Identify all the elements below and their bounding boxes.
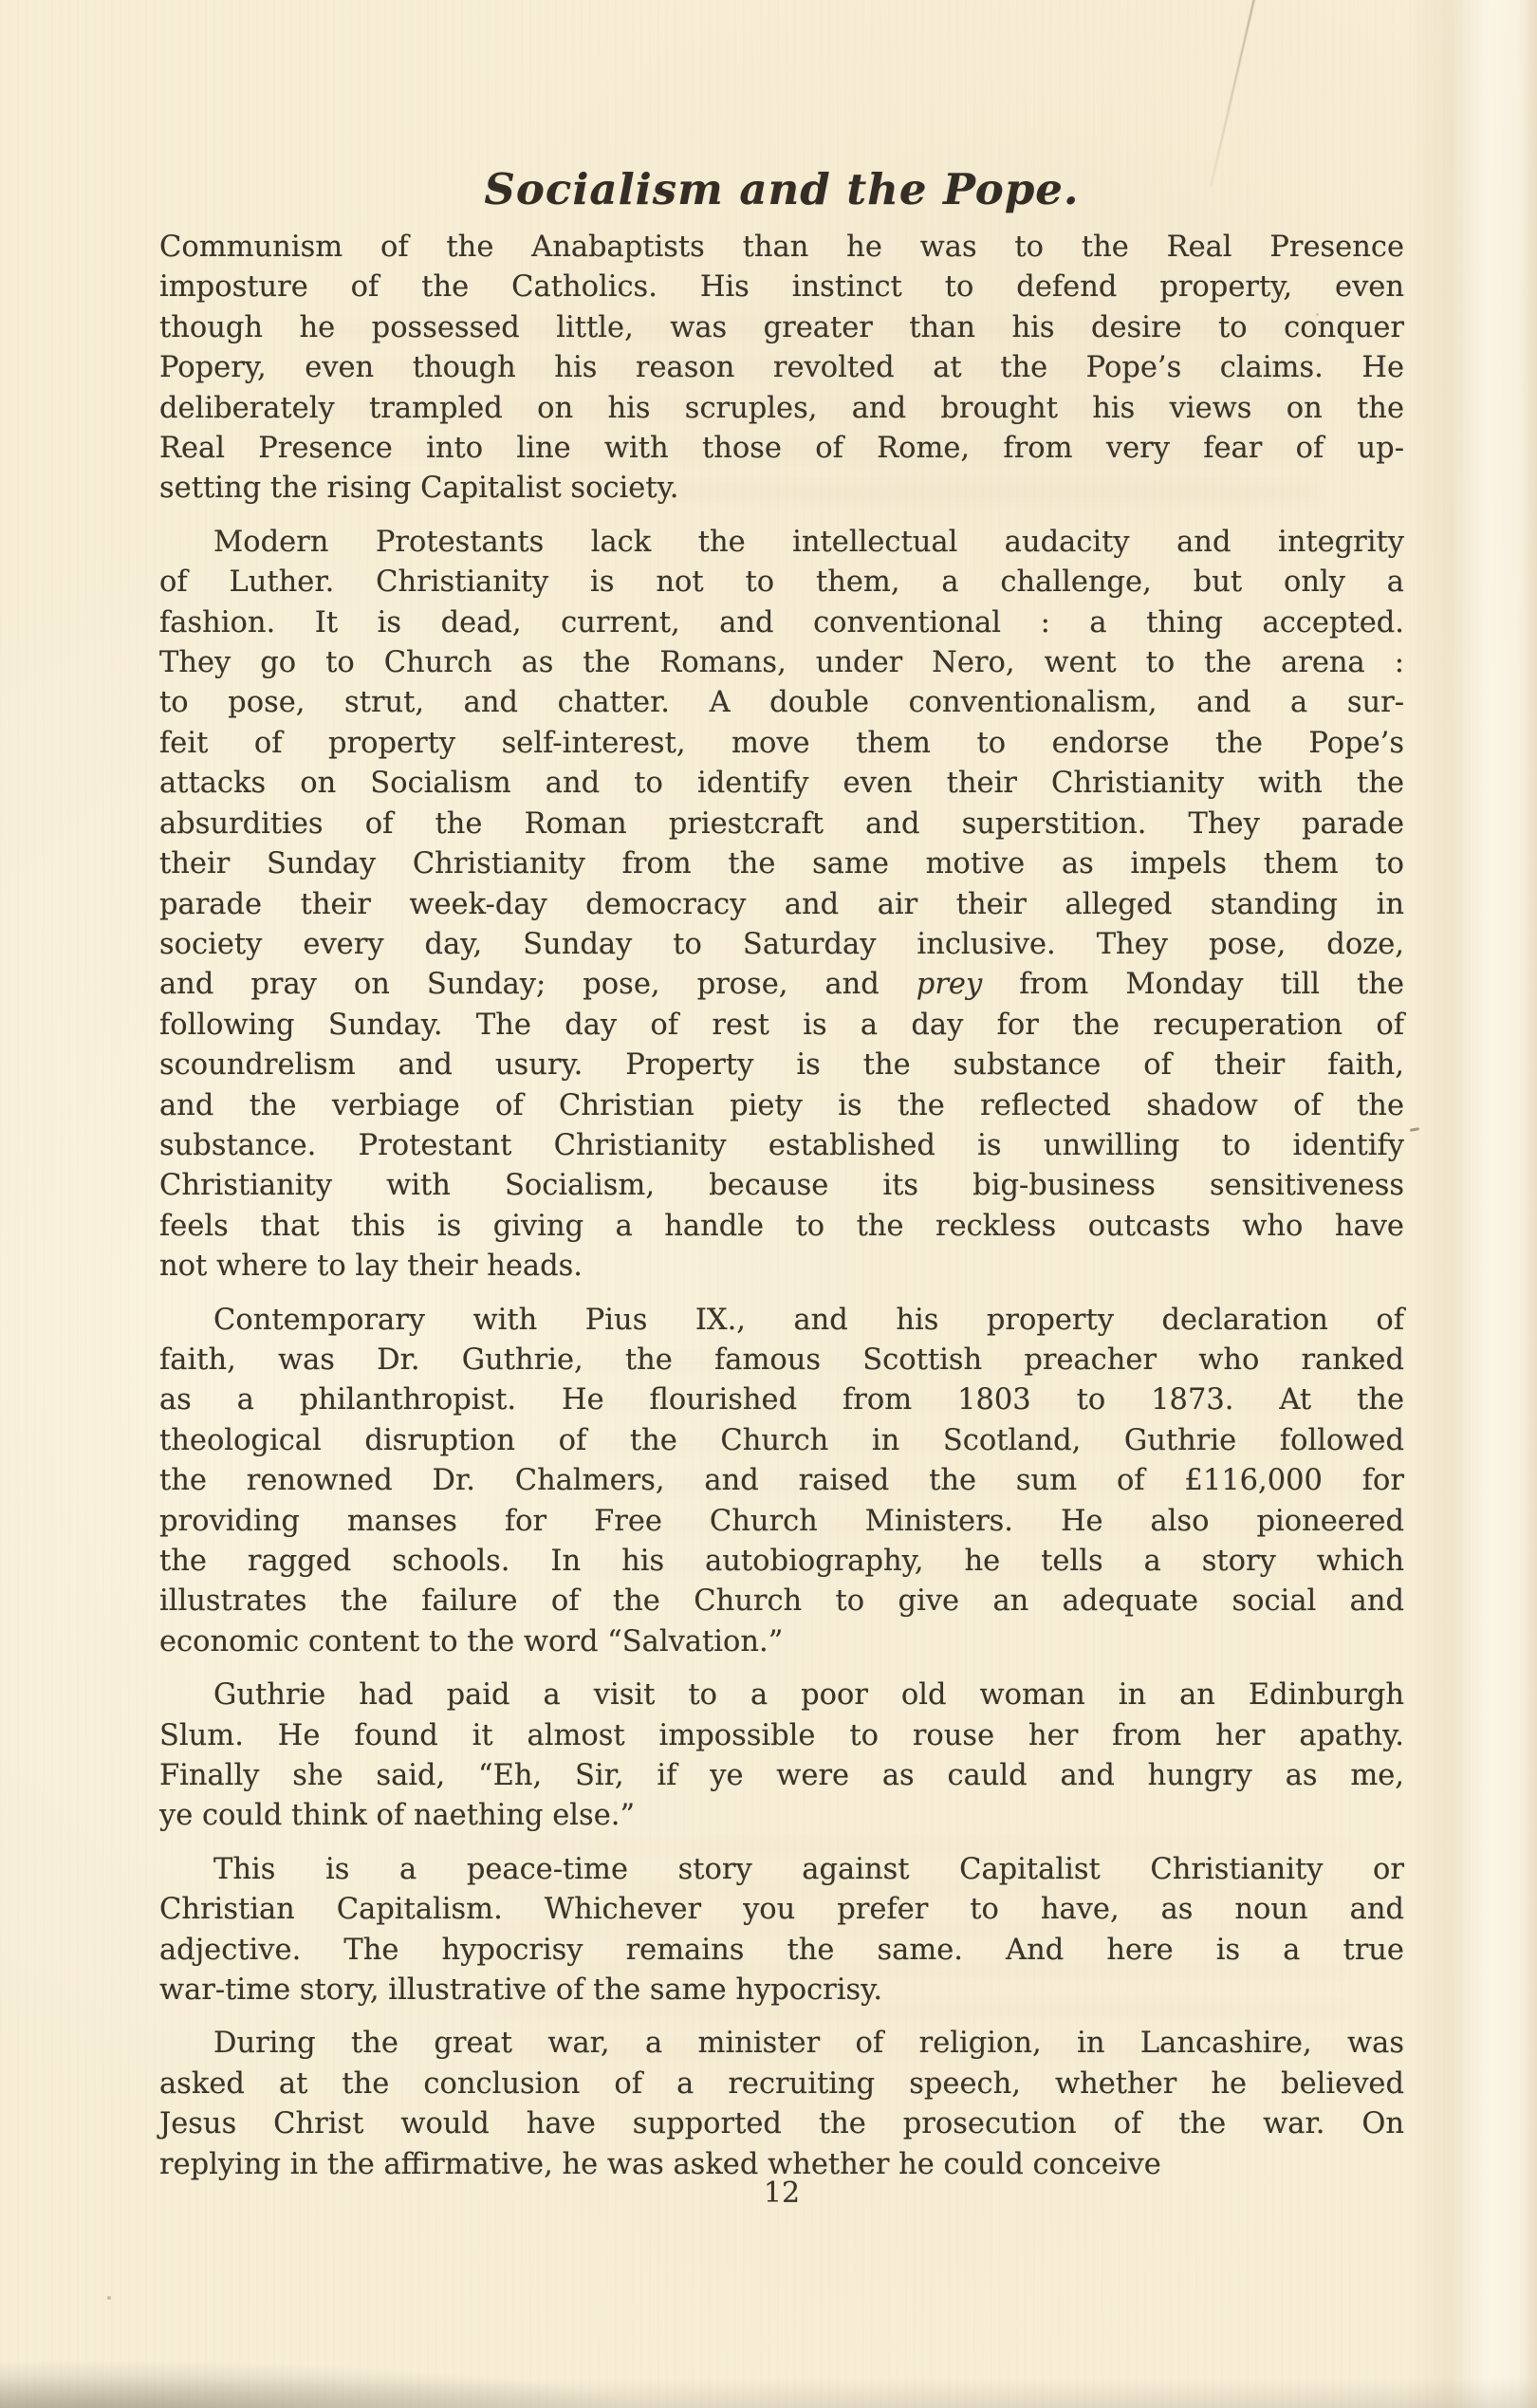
text-line: the renowned Dr. Chalmers, and raised th… [159, 1461, 1404, 1501]
text-line: parade their week-day democracy and air … [159, 885, 1404, 925]
text-line: faith, was Dr. Guthrie, the famous Scott… [159, 1341, 1404, 1380]
text-line: the ragged schools. In his autobiography… [159, 1542, 1404, 1582]
text-line: Christian Capitalism. Whichever you pref… [159, 1890, 1404, 1930]
page-number: 12 [159, 2176, 1404, 2210]
text-line: Finally she said, “Eh, Sir, if ye were a… [159, 1756, 1404, 1796]
bottom-scan-shadow [0, 2342, 1537, 2408]
text-line: Jesus Christ would have supported the pr… [159, 2104, 1404, 2144]
text-line: absurdities of the Roman priestcraft and… [159, 805, 1404, 844]
page-curl-shading [1409, 0, 1537, 2408]
text-line: their Sunday Christianity from the same … [159, 844, 1404, 884]
text-line: During the great war, a minister of reli… [159, 2024, 1404, 2064]
text-line: scoundrelism and usury. Property is the … [159, 1046, 1404, 1085]
text-line: war-time story, illustrative of the same… [159, 1971, 1404, 2010]
text-line: Contemporary with Pius IX., and his prop… [159, 1301, 1404, 1341]
text-line: Modern Protestants lack the intellectual… [159, 523, 1404, 563]
paragraph: Contemporary with Pius IX., and his prop… [159, 1301, 1404, 1663]
page-title: Socialism and the Pope. [159, 0, 1404, 216]
page-content: Socialism and the Pope. Communism of the… [159, 0, 1404, 2185]
paragraph: During the great war, a minister of reli… [159, 2024, 1404, 2185]
scanned-book-page: Socialism and the Pope. Communism of the… [0, 0, 1537, 2408]
text-line: feels that this is giving a handle to th… [159, 1207, 1404, 1247]
text-line: substance. Protestant Christianity estab… [159, 1126, 1404, 1166]
text-line: ye could think of naething else.” [159, 1796, 1404, 1836]
paragraph: Communism of the Anabaptists than he was… [159, 228, 1404, 509]
text-line: Communism of the Anabaptists than he was… [159, 228, 1404, 268]
text-line: society every day, Sunday to Saturday in… [159, 925, 1404, 965]
text-line: of Luther. Christianity is not to them, … [159, 563, 1404, 602]
text-line: Popery, even though his reason revolted … [159, 348, 1404, 388]
text-line: as a philanthropist. He flourished from … [159, 1380, 1404, 1420]
text-line: Christianity with Socialism, because its… [159, 1166, 1404, 1206]
text-line: though he possessed little, was greater … [159, 308, 1404, 348]
text-line: They go to Church as the Romans, under N… [159, 643, 1404, 683]
paragraph: This is a peace-time story against Capit… [159, 1850, 1404, 2011]
text-line: asked at the conclusion of a recruiting … [159, 2065, 1404, 2104]
text-line: and the verbiage of Christian piety is t… [159, 1086, 1404, 1126]
text-line: and pray on Sunday; pose, prose, and pre… [159, 965, 1404, 1005]
text-line: imposture of the Catholics. His instinct… [159, 268, 1404, 307]
page-body: Communism of the Anabaptists than he was… [159, 228, 1404, 2185]
text-line: Slum. He found it almost impossible to r… [159, 1716, 1404, 1756]
text-line: providing manses for Free Church Ministe… [159, 1502, 1404, 1542]
text-line: This is a peace-time story against Capit… [159, 1850, 1404, 1890]
paragraph: Modern Protestants lack the intellectual… [159, 523, 1404, 1287]
text-line: feit of property self-interest, move the… [159, 724, 1404, 764]
ink-speck-artifact [1410, 1127, 1419, 1132]
ink-speck-artifact [107, 2296, 111, 2300]
text-line: theological disruption of the Church in … [159, 1421, 1404, 1461]
text-line: following Sunday. The day of rest is a d… [159, 1006, 1404, 1046]
text-line: attacks on Socialism and to identify eve… [159, 764, 1404, 804]
text-line: adjective. The hypocrisy remains the sam… [159, 1931, 1404, 1971]
text-line: fashion. It is dead, current, and conven… [159, 603, 1404, 643]
text-line: setting the rising Capitalist society. [159, 469, 1404, 509]
text-line: illustrates the failure of the Church to… [159, 1582, 1404, 1621]
text-line: economic content to the word “Salvation.… [159, 1622, 1404, 1662]
text-line: not where to lay their heads. [159, 1247, 1404, 1287]
text-line: Guthrie had paid a visit to a poor old w… [159, 1676, 1404, 1715]
text-line: deliberately trampled on his scruples, a… [159, 389, 1404, 429]
text-line: Real Presence into line with those of Ro… [159, 429, 1404, 469]
text-line: to pose, strut, and chatter. A double co… [159, 683, 1404, 723]
paragraph: Guthrie had paid a visit to a poor old w… [159, 1676, 1404, 1837]
